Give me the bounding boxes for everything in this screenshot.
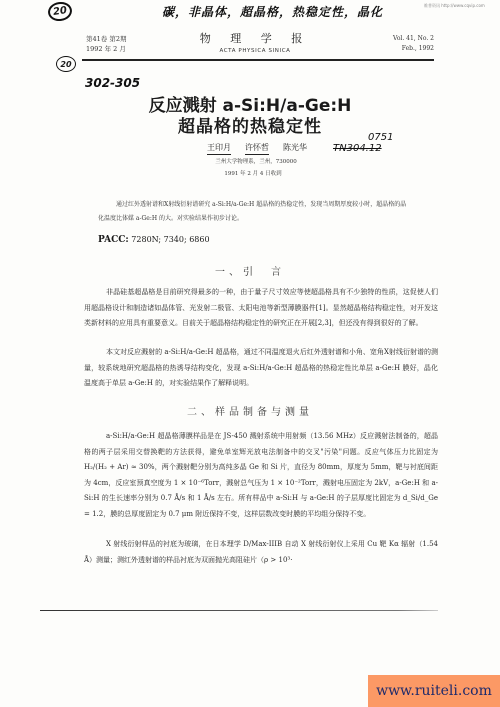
header-rule: [82, 59, 434, 61]
paragraph-text: 非晶硅基超晶格是目前研究得最多的一种，由于量子尺寸效应等使超晶格具有不少独特的性…: [84, 285, 438, 332]
article-title-line2: 超晶格的热稳定性: [0, 112, 500, 137]
circled-number-annotation: 20: [47, 0, 73, 22]
abstract: 通过红外透射谱和X射线衍射谱研究 a-Si:H/a-Ge:H 超晶格的热稳定性，…: [98, 198, 408, 226]
pacc-codes: PACC: 7280N; 7340; 6860: [98, 235, 210, 245]
struck-class-code: TN304.12: [333, 143, 382, 154]
author: 陈光华: [283, 142, 307, 155]
received-date: 1991 年 2 月 4 日收到: [0, 169, 500, 177]
body-paragraph: 非晶硅基超晶格是目前研究得最多的一种，由于量子尺寸效应等使超晶格具有不少独特的性…: [84, 285, 438, 332]
paragraph-text: X 射线衍射样品的衬底为玻璃，在日本理学 D/Max-IIIB 自动 X 射线衍…: [84, 537, 438, 568]
paragraph-text: a-Si:H/a-Ge:H 超晶格薄膜样品是在 JS-450 溅射系统中用射频（…: [84, 429, 438, 522]
volume-issue-en: Vol. 41, No. 2: [393, 34, 434, 44]
footer-rule: [40, 610, 438, 611]
date-en: Feb., 1992: [393, 44, 434, 54]
journal-header-left: 第41卷 第2期 1992 年 2 月: [86, 34, 126, 54]
author-list: 王印月 许怀哲 陈光华: [207, 142, 307, 155]
watermark-link[interactable]: www.ruiteli.com: [368, 675, 500, 707]
body-paragraph: a-Si:H/a-Ge:H 超晶格薄膜样品是在 JS-450 溅射系统中用射频（…: [84, 429, 438, 522]
section-heading-sample-preparation: 二、样品制备与测量: [0, 403, 500, 418]
affiliation: 兰州大学物理系，兰州，730000: [0, 157, 500, 165]
pacc-values: 7280N; 7340; 6860: [131, 235, 209, 244]
volume-issue-cn: 第41卷 第2期: [86, 34, 126, 44]
handwritten-class-code: 0751: [368, 132, 393, 143]
handwritten-keywords: 碳，非晶体，超晶格，热稳定性，晶化: [162, 3, 383, 20]
circled-number-annotation-2: 20: [56, 56, 76, 72]
journal-header-center: 物 理 学 报 ACTA PHYSICA SINICA: [190, 30, 320, 54]
paragraph-text: 本文对反应溅射的 a-Si:H/a-Ge:H 超晶格，通过不同温度退火后红外透射…: [84, 345, 438, 392]
handwritten-page-range: 302-305: [85, 76, 140, 90]
journal-name-en: ACTA PHYSICA SINICA: [190, 48, 320, 54]
journal-header-right: Vol. 41, No. 2 Feb., 1992: [393, 34, 434, 54]
journal-name-cn: 物 理 学 报: [190, 30, 320, 46]
site-mark: 维普资讯 http://www.cqvip.com: [424, 3, 485, 9]
author: 王印月: [207, 142, 231, 155]
body-paragraph: X 射线衍射样品的衬底为玻璃，在日本理学 D/Max-IIIB 自动 X 射线衍…: [84, 537, 438, 568]
body-paragraph: 本文对反应溅射的 a-Si:H/a-Ge:H 超晶格，通过不同温度退火后红外透射…: [84, 345, 438, 392]
section-heading-introduction: 一、引 言: [0, 263, 500, 278]
pacc-label: PACC:: [98, 235, 129, 245]
author: 许怀哲: [245, 142, 269, 155]
date-cn: 1992 年 2 月: [86, 44, 126, 54]
